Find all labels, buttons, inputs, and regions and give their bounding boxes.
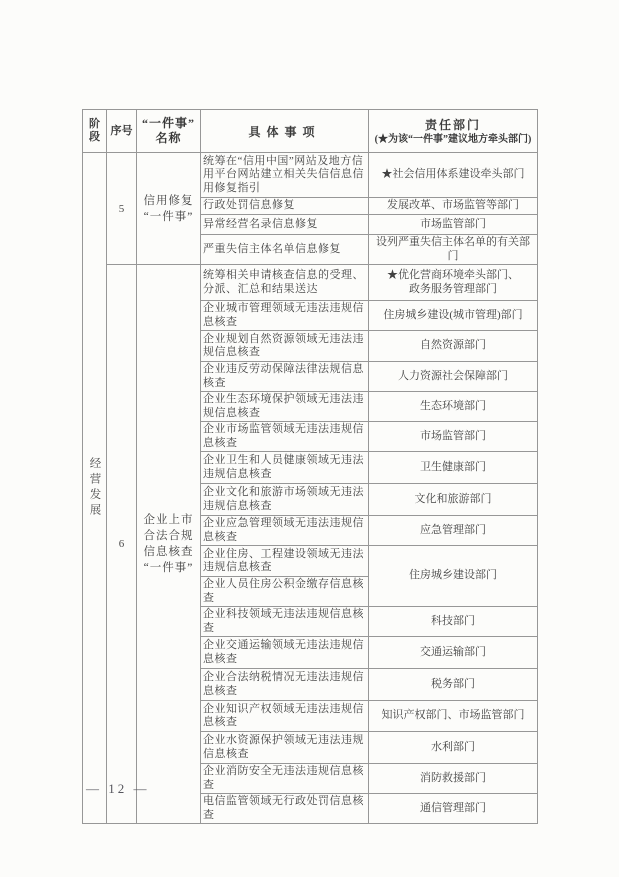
dept-cell: ★社会信用体系建设牵头部门 — [369, 153, 538, 198]
dept-cell: 生态环境部门 — [369, 392, 538, 422]
dept-cell: 通信管理部门 — [369, 794, 538, 824]
scanned-document-page: 阶段 序号 “一件事” 名称 具体事项 责任部门 (★为该“一件事”建议地方牵头… — [0, 0, 619, 877]
seq-cell: 5 — [107, 153, 137, 265]
header-item: 具体事项 — [201, 110, 369, 153]
name-cell: 信用修复 “一件事” — [137, 153, 201, 265]
dept-cell: 住房城乡建设部门 — [369, 546, 538, 607]
item-cell: 企业交通运输领域无违法违规信息核查 — [201, 637, 369, 669]
item-cell: 企业规划自然资源领域无违法违规信息核查 — [201, 331, 369, 362]
item-cell: 企业消防安全无违法违规信息核查 — [201, 764, 369, 794]
table-row: 经营发展 5 信用修复 “一件事” 统筹在“信用中国”网站及地方信用平台网站建立… — [83, 153, 538, 198]
dept-cell: 文化和旅游部门 — [369, 484, 538, 516]
dept-cell: 市场监管部门 — [369, 215, 538, 235]
item-cell: 企业应急管理领域无违法违规信息核查 — [201, 516, 369, 546]
dept-cell: 住房城乡建设(城市管理)部门 — [369, 301, 538, 331]
dept-cell: 税务部门 — [369, 669, 538, 701]
item-cell: 行政处罚信息修复 — [201, 198, 369, 215]
dept-cell: ★优化营商环境牵头部门、 政务服务管理部门 — [369, 265, 538, 301]
header-stage: 阶段 — [83, 110, 107, 153]
header-seq: 序号 — [107, 110, 137, 153]
name-cell: 企业上市 合法合规 信息核查 “一件事” — [137, 265, 201, 824]
page-number: — 12 — — [86, 781, 150, 797]
table-row: 6 企业上市 合法合规 信息核查 “一件事” 统筹相关申请核查信息的受理、分派、… — [83, 265, 538, 301]
dept-cell: 交通运输部门 — [369, 637, 538, 669]
dept-cell: 自然资源部门 — [369, 331, 538, 362]
item-cell: 企业卫生和人员健康领域无违法违规信息核查 — [201, 452, 369, 484]
header-name: “一件事” 名称 — [137, 110, 201, 153]
responsibility-table: 阶段 序号 “一件事” 名称 具体事项 责任部门 (★为该“一件事”建议地方牵头… — [82, 109, 538, 824]
seq-cell: 6 — [107, 265, 137, 824]
dept-cell: 应急管理部门 — [369, 516, 538, 546]
header-dept-note: (★为该“一件事”建议地方牵头部门) — [371, 133, 535, 146]
dept-cell: 水利部门 — [369, 732, 538, 764]
item-cell: 企业合法纳税情况无违法违规信息核查 — [201, 669, 369, 701]
item-cell: 企业市场监管领域无违法违规信息核查 — [201, 422, 369, 452]
dept-cell: 科技部门 — [369, 607, 538, 637]
dept-cell: 设列严重失信主体名单的有关部门 — [369, 235, 538, 265]
item-cell: 企业科技领域无违法违规信息核查 — [201, 607, 369, 637]
item-cell: 企业文化和旅游市场领域无违法违规信息核查 — [201, 484, 369, 516]
item-cell: 企业人员住房公积金缴存信息核查 — [201, 577, 369, 607]
item-cell: 企业知识产权领域无违法违规信息核查 — [201, 701, 369, 732]
table-header-row: 阶段 序号 “一件事” 名称 具体事项 责任部门 (★为该“一件事”建议地方牵头… — [83, 110, 538, 153]
dept-cell: 卫生健康部门 — [369, 452, 538, 484]
item-cell: 异常经营名录信息修复 — [201, 215, 369, 235]
item-cell: 企业生态环境保护领域无违法违规信息核查 — [201, 392, 369, 422]
item-cell: 企业城市管理领域无违法违规信息核查 — [201, 301, 369, 331]
header-dept-title: 责任部门 — [371, 117, 535, 133]
item-cell: 企业住房、工程建设领域无违法违规信息核查 — [201, 546, 369, 577]
dept-cell: 发展改革、市场监管等部门 — [369, 198, 538, 215]
item-cell: 统筹在“信用中国”网站及地方信用平台网站建立相关失信信息信用修复指引 — [201, 153, 369, 198]
dept-cell: 人力资源社会保障部门 — [369, 362, 538, 392]
header-dept: 责任部门 (★为该“一件事”建议地方牵头部门) — [369, 110, 538, 153]
item-cell: 企业违反劳动保障法律法规信息核查 — [201, 362, 369, 392]
item-cell: 严重失信主体名单信息修复 — [201, 235, 369, 265]
stage-cell: 经营发展 — [83, 153, 107, 824]
dept-cell: 消防救援部门 — [369, 764, 538, 794]
item-cell: 电信监管领域无行政处罚信息核查 — [201, 794, 369, 824]
stage-label: 经营发展 — [87, 457, 103, 519]
item-cell: 统筹相关申请核查信息的受理、分派、汇总和结果送达 — [201, 265, 369, 301]
dept-cell: 知识产权部门、市场监管部门 — [369, 701, 538, 732]
dept-cell: 市场监管部门 — [369, 422, 538, 452]
item-cell: 企业水资源保护领域无违法违规信息核查 — [201, 732, 369, 764]
